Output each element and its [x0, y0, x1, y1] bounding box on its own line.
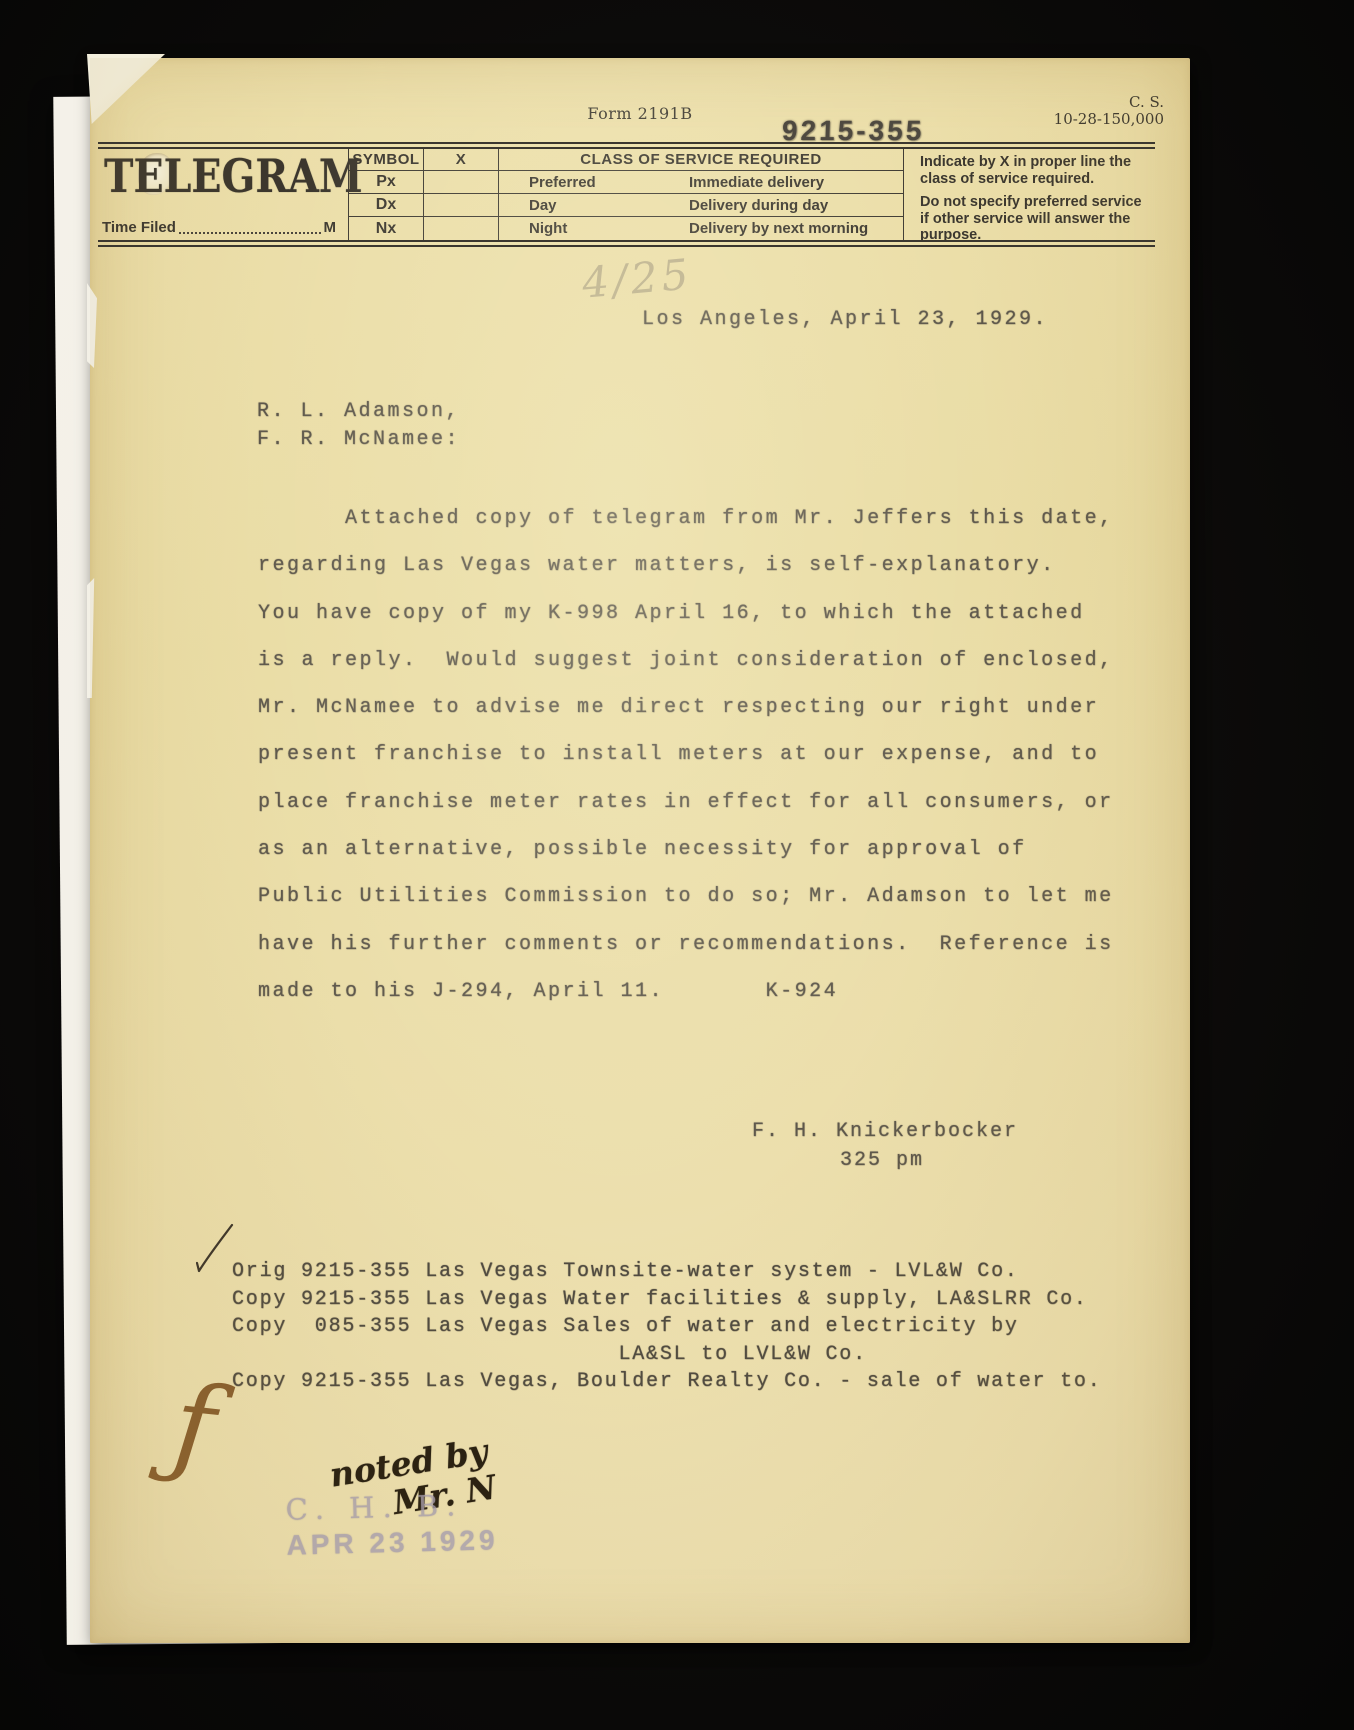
form-number: Form 2191B — [90, 104, 1190, 123]
torn-edge — [87, 283, 97, 368]
x-mark-cell — [423, 217, 498, 240]
telegram-masthead: TELEGRAM Time Filed M — [98, 149, 348, 240]
dotted-leader — [179, 220, 321, 234]
date-stamp: C. H. B. APR 23 1929 — [285, 1487, 499, 1562]
time-filed-suffix: M — [324, 219, 337, 236]
telegram-logo: TELEGRAM — [104, 149, 363, 203]
service-instructions: Indicate by X in proper line the class o… — [903, 149, 1155, 240]
double-rule-top — [98, 142, 1155, 149]
letter-body: Attached copy of telegram from Mr. Jeffe… — [258, 495, 1114, 1015]
addressee-line: R. L. Adamson, — [257, 398, 460, 426]
body-line: as an alternative, possible necessity fo… — [258, 826, 1114, 873]
instruction-2: Do not specify preferred service if othe… — [920, 194, 1145, 244]
torn-edge — [87, 578, 95, 698]
class-of-service-table: TELEGRAM Time Filed M SYMBOL X CLASS OF … — [98, 149, 1155, 240]
corner-code-line2: 10-28-150,000 — [1054, 111, 1164, 128]
body-line: Mr. McNamee to advise me direct respecti… — [258, 684, 1114, 731]
body-line: You have copy of my K-998 April 16, to w… — [258, 590, 1114, 637]
class-name: Day — [529, 197, 689, 214]
x-mark-cell — [423, 194, 498, 217]
distribution-line: Copy 9215-355 Las Vegas Water facilities… — [232, 1286, 1102, 1314]
telegram-document: Form 2191B 9215-355 C. S. 10-28-150,000 … — [90, 58, 1190, 1643]
double-rule-bottom — [98, 240, 1155, 247]
row-day: Day Delivery during day — [498, 194, 903, 217]
body-line: made to his J-294, April 11. K-924 — [258, 968, 1114, 1015]
stamp-date: APR 23 1929 — [286, 1524, 499, 1562]
distribution-line: LA&SL to LVL&W Co. — [232, 1341, 1102, 1369]
body-line: Public Utilities Commission to do so; Mr… — [258, 873, 1114, 920]
photo-backdrop: Form 2191B 9215-355 C. S. 10-28-150,000 … — [0, 0, 1354, 1730]
corner-code-line1: C. S. — [1054, 94, 1164, 111]
distribution-line: Orig 9215-355 Las Vegas Townsite-water s… — [232, 1258, 1102, 1286]
body-line: Attached copy of telegram from Mr. Jeffe… — [258, 495, 1114, 542]
col-header-class: CLASS OF SERVICE REQUIRED — [498, 149, 903, 171]
row-night: Night Delivery by next morning — [498, 217, 903, 240]
instruction-1: Indicate by X in proper line the class o… — [920, 154, 1145, 187]
body-line: regarding Las Vegas water matters, is se… — [258, 542, 1114, 589]
signature: F. H. Knickerbocker — [752, 1120, 1018, 1143]
pencil-date-note: 4/25 — [580, 249, 694, 307]
addressee-block: R. L. Adamson,F. R. McNamee: — [257, 398, 460, 454]
distribution-line: Copy 9215-355 Las Vegas, Boulder Realty … — [232, 1368, 1102, 1396]
col-header-x: X — [423, 149, 498, 171]
distribution-list: Orig 9215-355 Las Vegas Townsite-water s… — [232, 1258, 1102, 1396]
class-delivery: Delivery by next morning — [689, 220, 868, 237]
time-filed-label: Time Filed — [102, 219, 176, 236]
dateline: Los Angeles, April 23, 1929. — [642, 308, 1048, 331]
class-name: Night — [529, 220, 689, 237]
body-line: have his further comments or recommendat… — [258, 921, 1114, 968]
row-preferred: Preferred Immediate delivery — [498, 171, 903, 194]
corner-code: C. S. 10-28-150,000 — [1054, 94, 1164, 128]
class-delivery: Immediate delivery — [689, 174, 824, 191]
time-filed-field: Time Filed M — [102, 219, 336, 236]
distribution-line: Copy 085-355 Las Vegas Sales of water an… — [232, 1313, 1102, 1341]
class-delivery: Delivery during day — [689, 197, 828, 214]
ink-initial-mark: ƒ — [169, 1374, 220, 1478]
body-line: present franchise to install meters at o… — [258, 731, 1114, 778]
symbol-nx: Nx — [348, 217, 423, 240]
class-name: Preferred — [529, 174, 689, 191]
stamp-initials: C. H. B. — [285, 1487, 498, 1527]
body-line: is a reply. Would suggest joint consider… — [258, 637, 1114, 684]
check-mark — [196, 1222, 236, 1274]
x-mark-cell — [423, 171, 498, 194]
signature-time: 325 pm — [840, 1149, 924, 1172]
body-line: place franchise meter rates in effect fo… — [258, 779, 1114, 826]
addressee-line: F. R. McNamee: — [257, 426, 460, 454]
